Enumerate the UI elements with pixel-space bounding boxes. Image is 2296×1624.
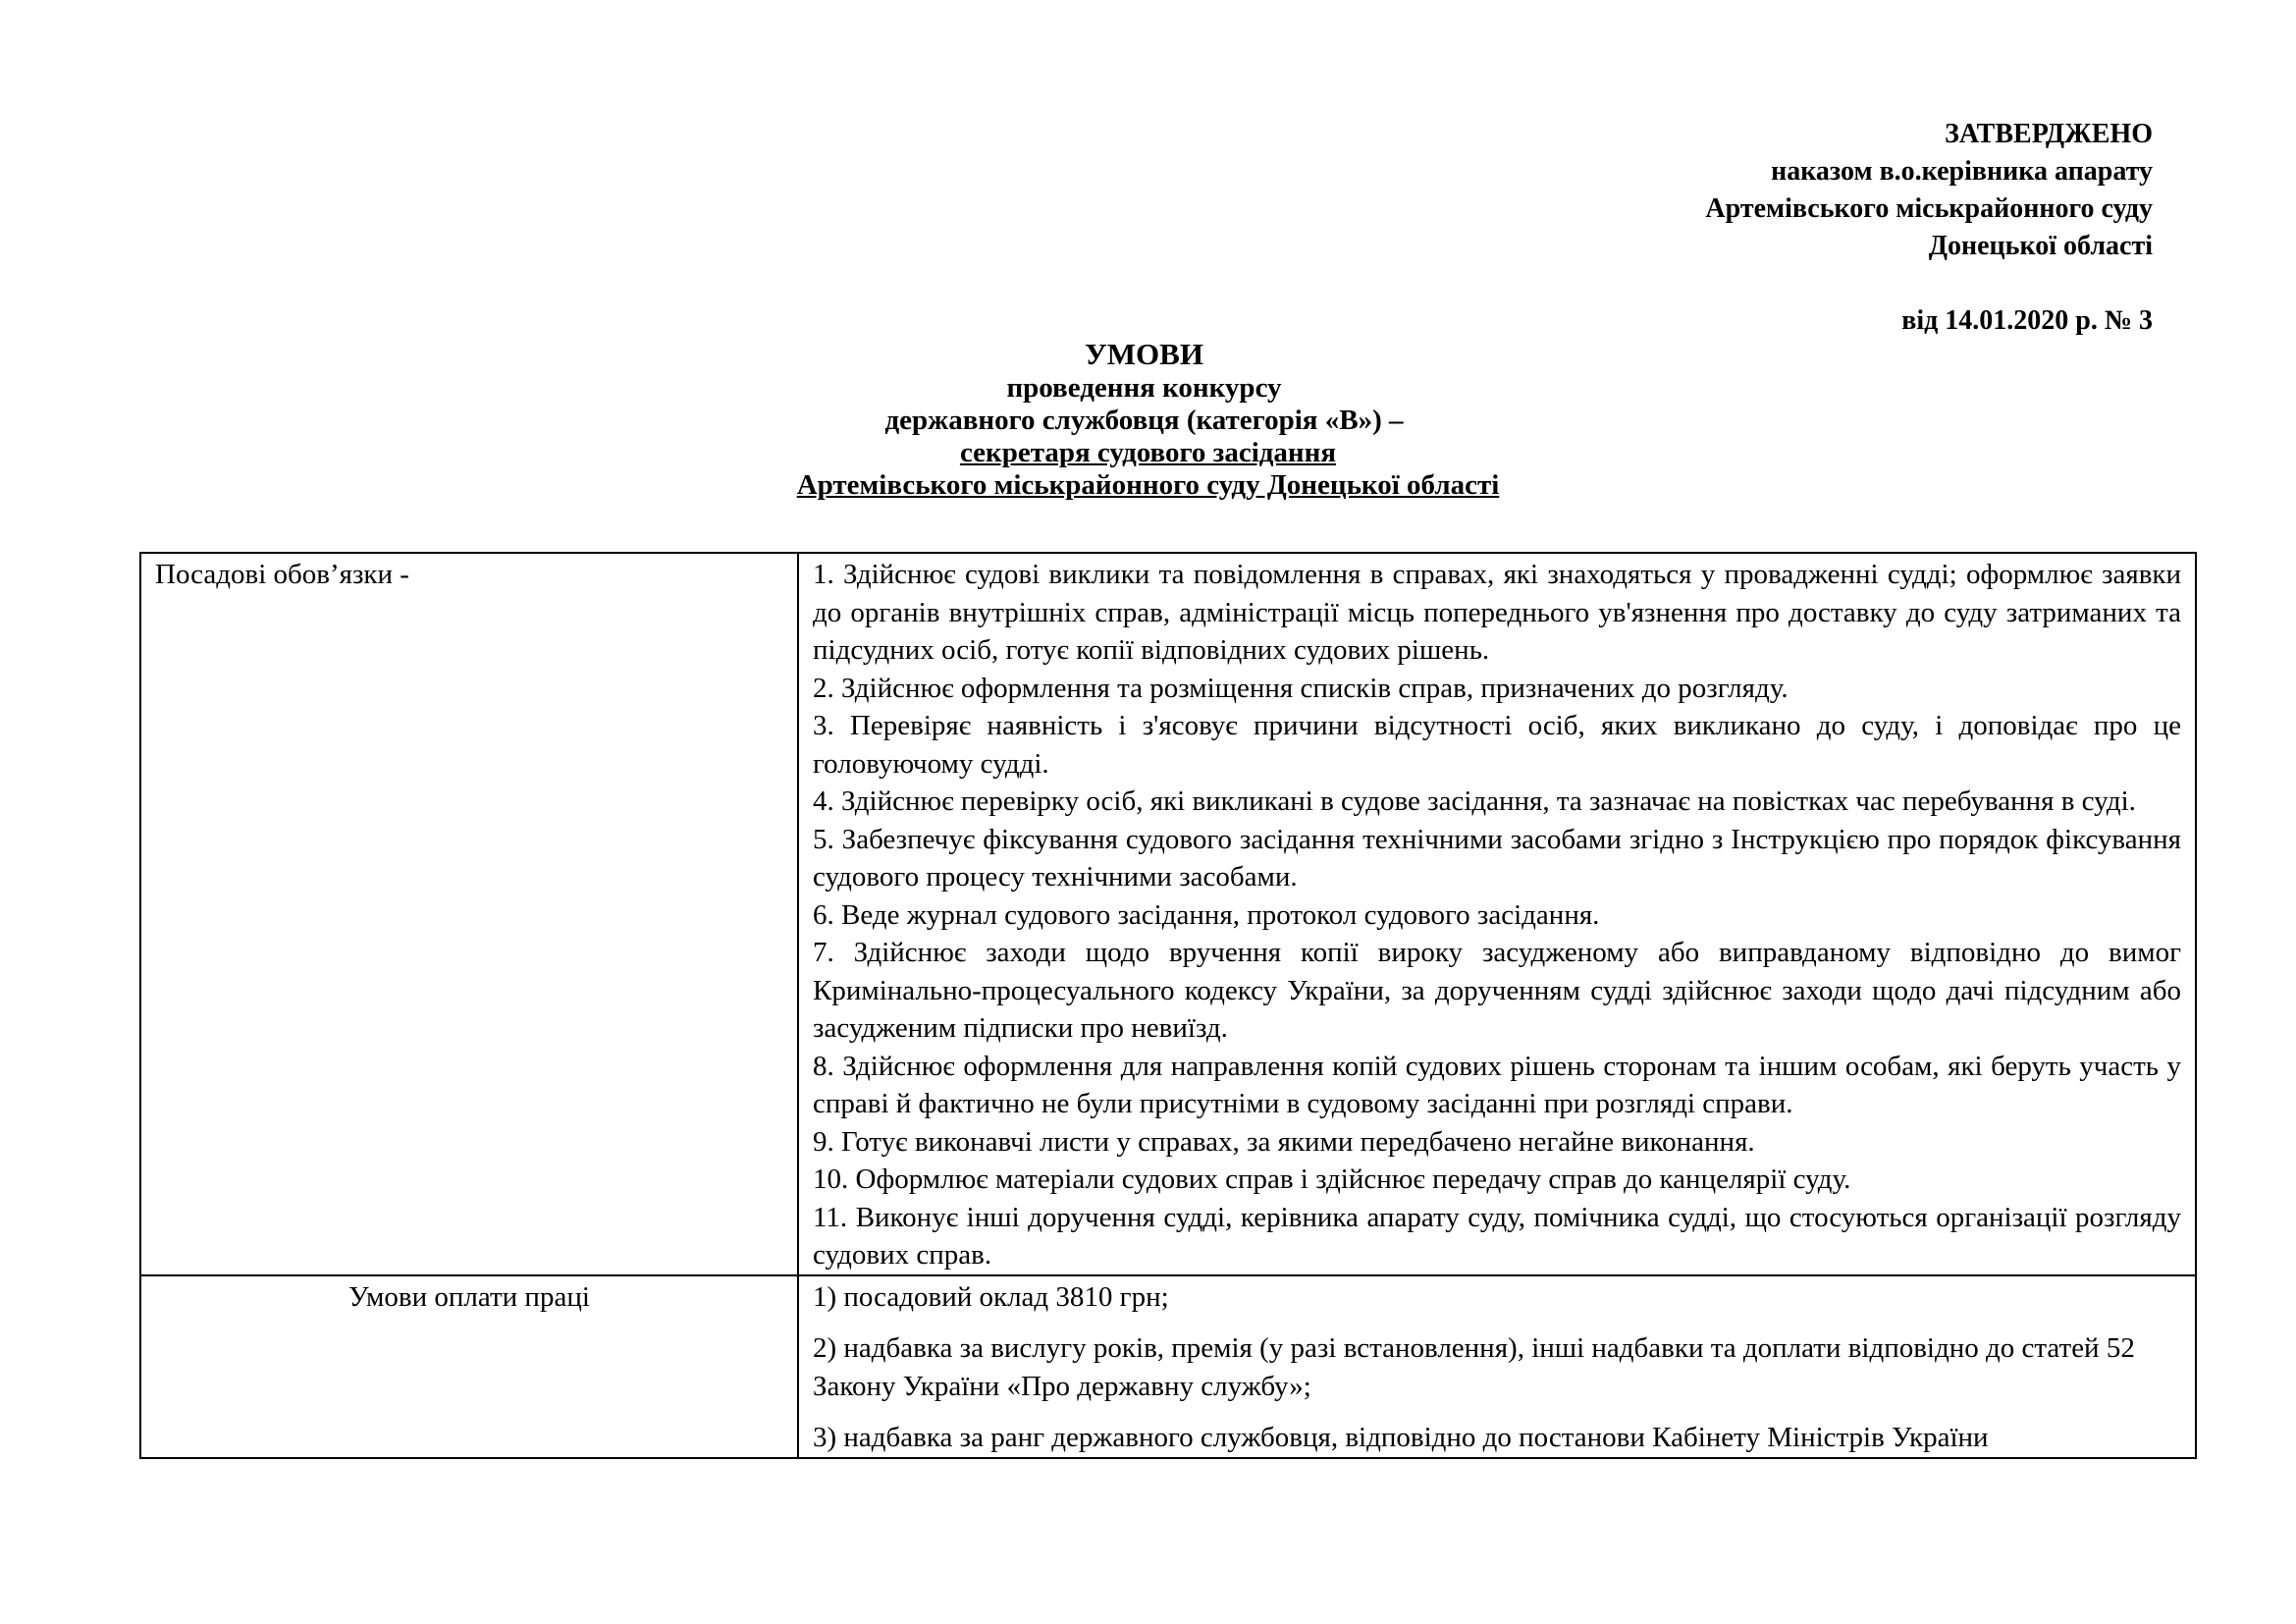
approval-line: Донецької області [1705, 228, 2153, 265]
pay-cell: 1) посадовий оклад 3810 грн; 2) надбавка… [798, 1275, 2196, 1458]
duty-item: 2. Здійснює оформлення та розміщення спи… [813, 670, 2181, 708]
title-position: секретаря судового засідання [960, 437, 1336, 468]
duty-item: 10. Оформлює матеріали судових справ і з… [813, 1161, 2181, 1199]
table-row-duties: Посадові обов’язки - 1. Здійснює судові … [140, 553, 2196, 1275]
row-label: Посадові обов’язки - [140, 553, 798, 1275]
document-title: УМОВИ проведення конкурсу державного слу… [0, 336, 2296, 502]
title-main: УМОВИ [0, 336, 2296, 372]
duty-item: 5. Забезпечує фіксування судового засіда… [813, 821, 2181, 896]
duty-item: 1. Здійснює судові виклики та повідомлен… [813, 556, 2181, 670]
approval-line: наказом в.о.керівника апарату [1705, 153, 2153, 190]
conditions-table: Посадові обов’язки - 1. Здійснює судові … [139, 552, 2197, 1459]
duty-item: 9. Готує виконавчі листи у справах, за я… [813, 1123, 2181, 1162]
duty-item: 7. Здійснює заходи щодо вручення копії в… [813, 934, 2181, 1048]
approval-block: ЗАТВЕРДЖЕНО наказом в.о.керівника апарат… [1705, 116, 2153, 340]
approval-heading: ЗАТВЕРДЖЕНО [1705, 116, 2153, 153]
row-label: Умови оплати праці [140, 1275, 798, 1458]
duty-item: 11. Виконує інші доручення судді, керівн… [813, 1199, 2181, 1274]
duty-item: 4. Здійснює перевірку осіб, які викликан… [813, 783, 2181, 821]
title-line: державного службовця (категорія «В») – [0, 405, 2296, 437]
table-row-pay: Умови оплати праці 1) посадовий оклад 38… [140, 1275, 2196, 1458]
duty-item: 6. Веде журнал судового засідання, прото… [813, 896, 2181, 935]
duty-item: 3. Перевіряє наявність і з'ясовує причин… [813, 707, 2181, 783]
title-court: Артемівського міськрайонного суду Донець… [797, 469, 1500, 501]
duties-cell: 1. Здійснює судові виклики та повідомлен… [798, 553, 2196, 1275]
pay-item: 3) надбавка за ранг державного службовця… [813, 1419, 2181, 1457]
pay-item: 2) надбавка за вислугу років, премія (у … [813, 1329, 2181, 1405]
title-line: проведення конкурсу [0, 372, 2296, 405]
pay-item: 1) посадовий оклад 3810 грн; [813, 1278, 2181, 1317]
approval-line: Артемівського міськрайонного суду [1705, 190, 2153, 228]
duty-item: 8. Здійснює оформлення для направлення к… [813, 1048, 2181, 1123]
approval-date: від 14.01.2020 р. № 3 [1705, 302, 2153, 340]
